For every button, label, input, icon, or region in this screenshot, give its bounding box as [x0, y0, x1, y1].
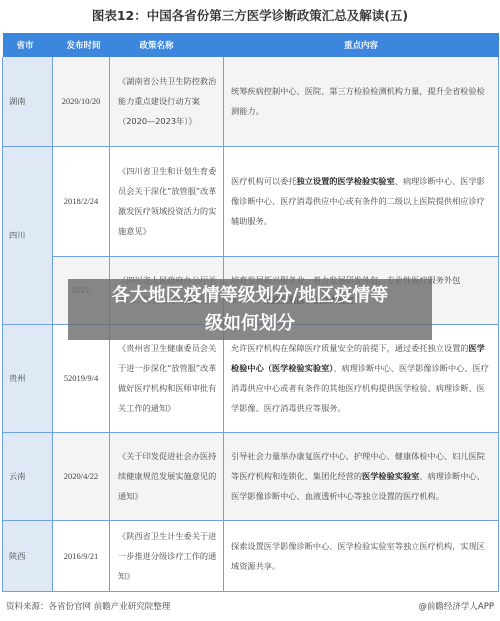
date-cell: 2016/9/21: [53, 520, 110, 591]
policy-name-cell: 《贵州省卫生健康委员会关于进一步深化“放管服”改革做好医疗机构和医师审批有关工作…: [110, 324, 224, 432]
province-cell: 湖南: [3, 57, 53, 146]
date-cell: 2020/10/20: [53, 57, 110, 146]
header-date: 发布时间: [53, 33, 110, 57]
policy-name-cell: 《关于印发促进社会办医持续健康规范发展实施意见的通知》: [110, 432, 224, 520]
content-cell: 医疗机构可以委托独立设置的医学检验实验室、病理诊断中心、医学影像诊断中心、医疗消…: [224, 146, 499, 256]
content-cell: 允许医疗机构在保障医疗质量安全的前提下，通过委托独立设置的医学检验中心（医学检验…: [224, 324, 499, 432]
table-row: 云南 2020/4/22 《关于印发促进社会办医持续健康规范发展实施意见的通知》…: [3, 432, 499, 520]
overlay-line-1: 各大地区疫情等级划分/地区疫情等: [68, 282, 432, 310]
province-cell: 云南: [3, 432, 53, 520]
chart-title: 图表12：中国各省份第三方医学诊断政策汇总及解读(五): [0, 0, 500, 32]
content-text: 探索设置医学影像诊断中心、医学检验实验室等独立医疗机构，实现区域资源共享。: [231, 541, 485, 571]
content-cell: 引导社会力量举办康复医疗中心、护理中心、健康体检中心、妇儿医院等医疗机构和连锁化…: [224, 432, 499, 520]
content-cell: 统筹疾病控制中心、医院、第三方检验检测机构力量，提升全省检验检测能力。: [224, 57, 499, 146]
header-content: 重点内容: [224, 33, 499, 57]
content-emphasis: 独立设置的医学检验实验室: [297, 176, 395, 186]
table-row: 四川 2018/2/24 《四川省卫生和计划生育委员会关于深化“放管服”改革激发…: [3, 146, 499, 256]
source-note: 资料来源：各省份官网 前瞻产业研究院整理: [6, 600, 170, 612]
header-province: 省市: [3, 33, 53, 57]
province-cell: 四川: [3, 146, 53, 324]
content-emphasis: 医学检验实验室: [362, 471, 419, 481]
content-text: 允许医疗机构在保障医疗质量安全的前提下，通过委托独立设置的: [231, 343, 468, 353]
table-row: 贵州 52019/9/4 《贵州省卫生健康委员会关于进一步深化“放管服”改革做好…: [3, 324, 499, 432]
content-text: 医疗机构可以委托: [231, 176, 297, 186]
header-policy: 政策名称: [110, 33, 224, 57]
policy-name-cell: 《四川省卫生和计划生育委员会关于深化“放管服”改革激发医疗领域投资活力的实施意见…: [110, 146, 224, 256]
table-header-row: 省市 发布时间 政策名称 重点内容: [3, 33, 499, 57]
policy-name-cell: 《湖南省公共卫生防控救治能力重点建设行动方案（2020—2023年）》: [110, 57, 224, 146]
credit-note: @前瞻经济学人APP: [418, 600, 494, 612]
overlay-line-2: 级如何划分: [68, 310, 432, 338]
table-row: 陕西 2016/9/21 《陕西省卫生计生委关于进一步推进分级诊疗工作的通知》 …: [3, 520, 499, 591]
content-text: 统筹疾病控制中心、医院、第三方检验检测机构力量，提升全省检验检测能力。: [231, 86, 485, 116]
headline-overlay: 各大地区疫情等级划分/地区疫情等 级如何划分: [68, 279, 432, 340]
date-cell: 2018/2/24: [53, 146, 110, 256]
table-row: 湖南 2020/10/20 《湖南省公共卫生防控救治能力重点建设行动方案（202…: [3, 57, 499, 146]
date-cell: 52019/9/4: [53, 324, 110, 432]
policy-name-cell: 《陕西省卫生计生委关于进一步推进分级诊疗工作的通知》: [110, 520, 224, 591]
province-cell: 贵州: [3, 324, 53, 432]
footer: 资料来源：各省份官网 前瞻产业研究院整理 @前瞻经济学人APP: [6, 596, 494, 616]
content-cell: 探索设置医学影像诊断中心、医学检验实验室等独立医疗机构，实现区域资源共享。: [224, 520, 499, 591]
date-cell: 2020/4/22: [53, 432, 110, 520]
province-cell: 陕西: [3, 520, 53, 591]
